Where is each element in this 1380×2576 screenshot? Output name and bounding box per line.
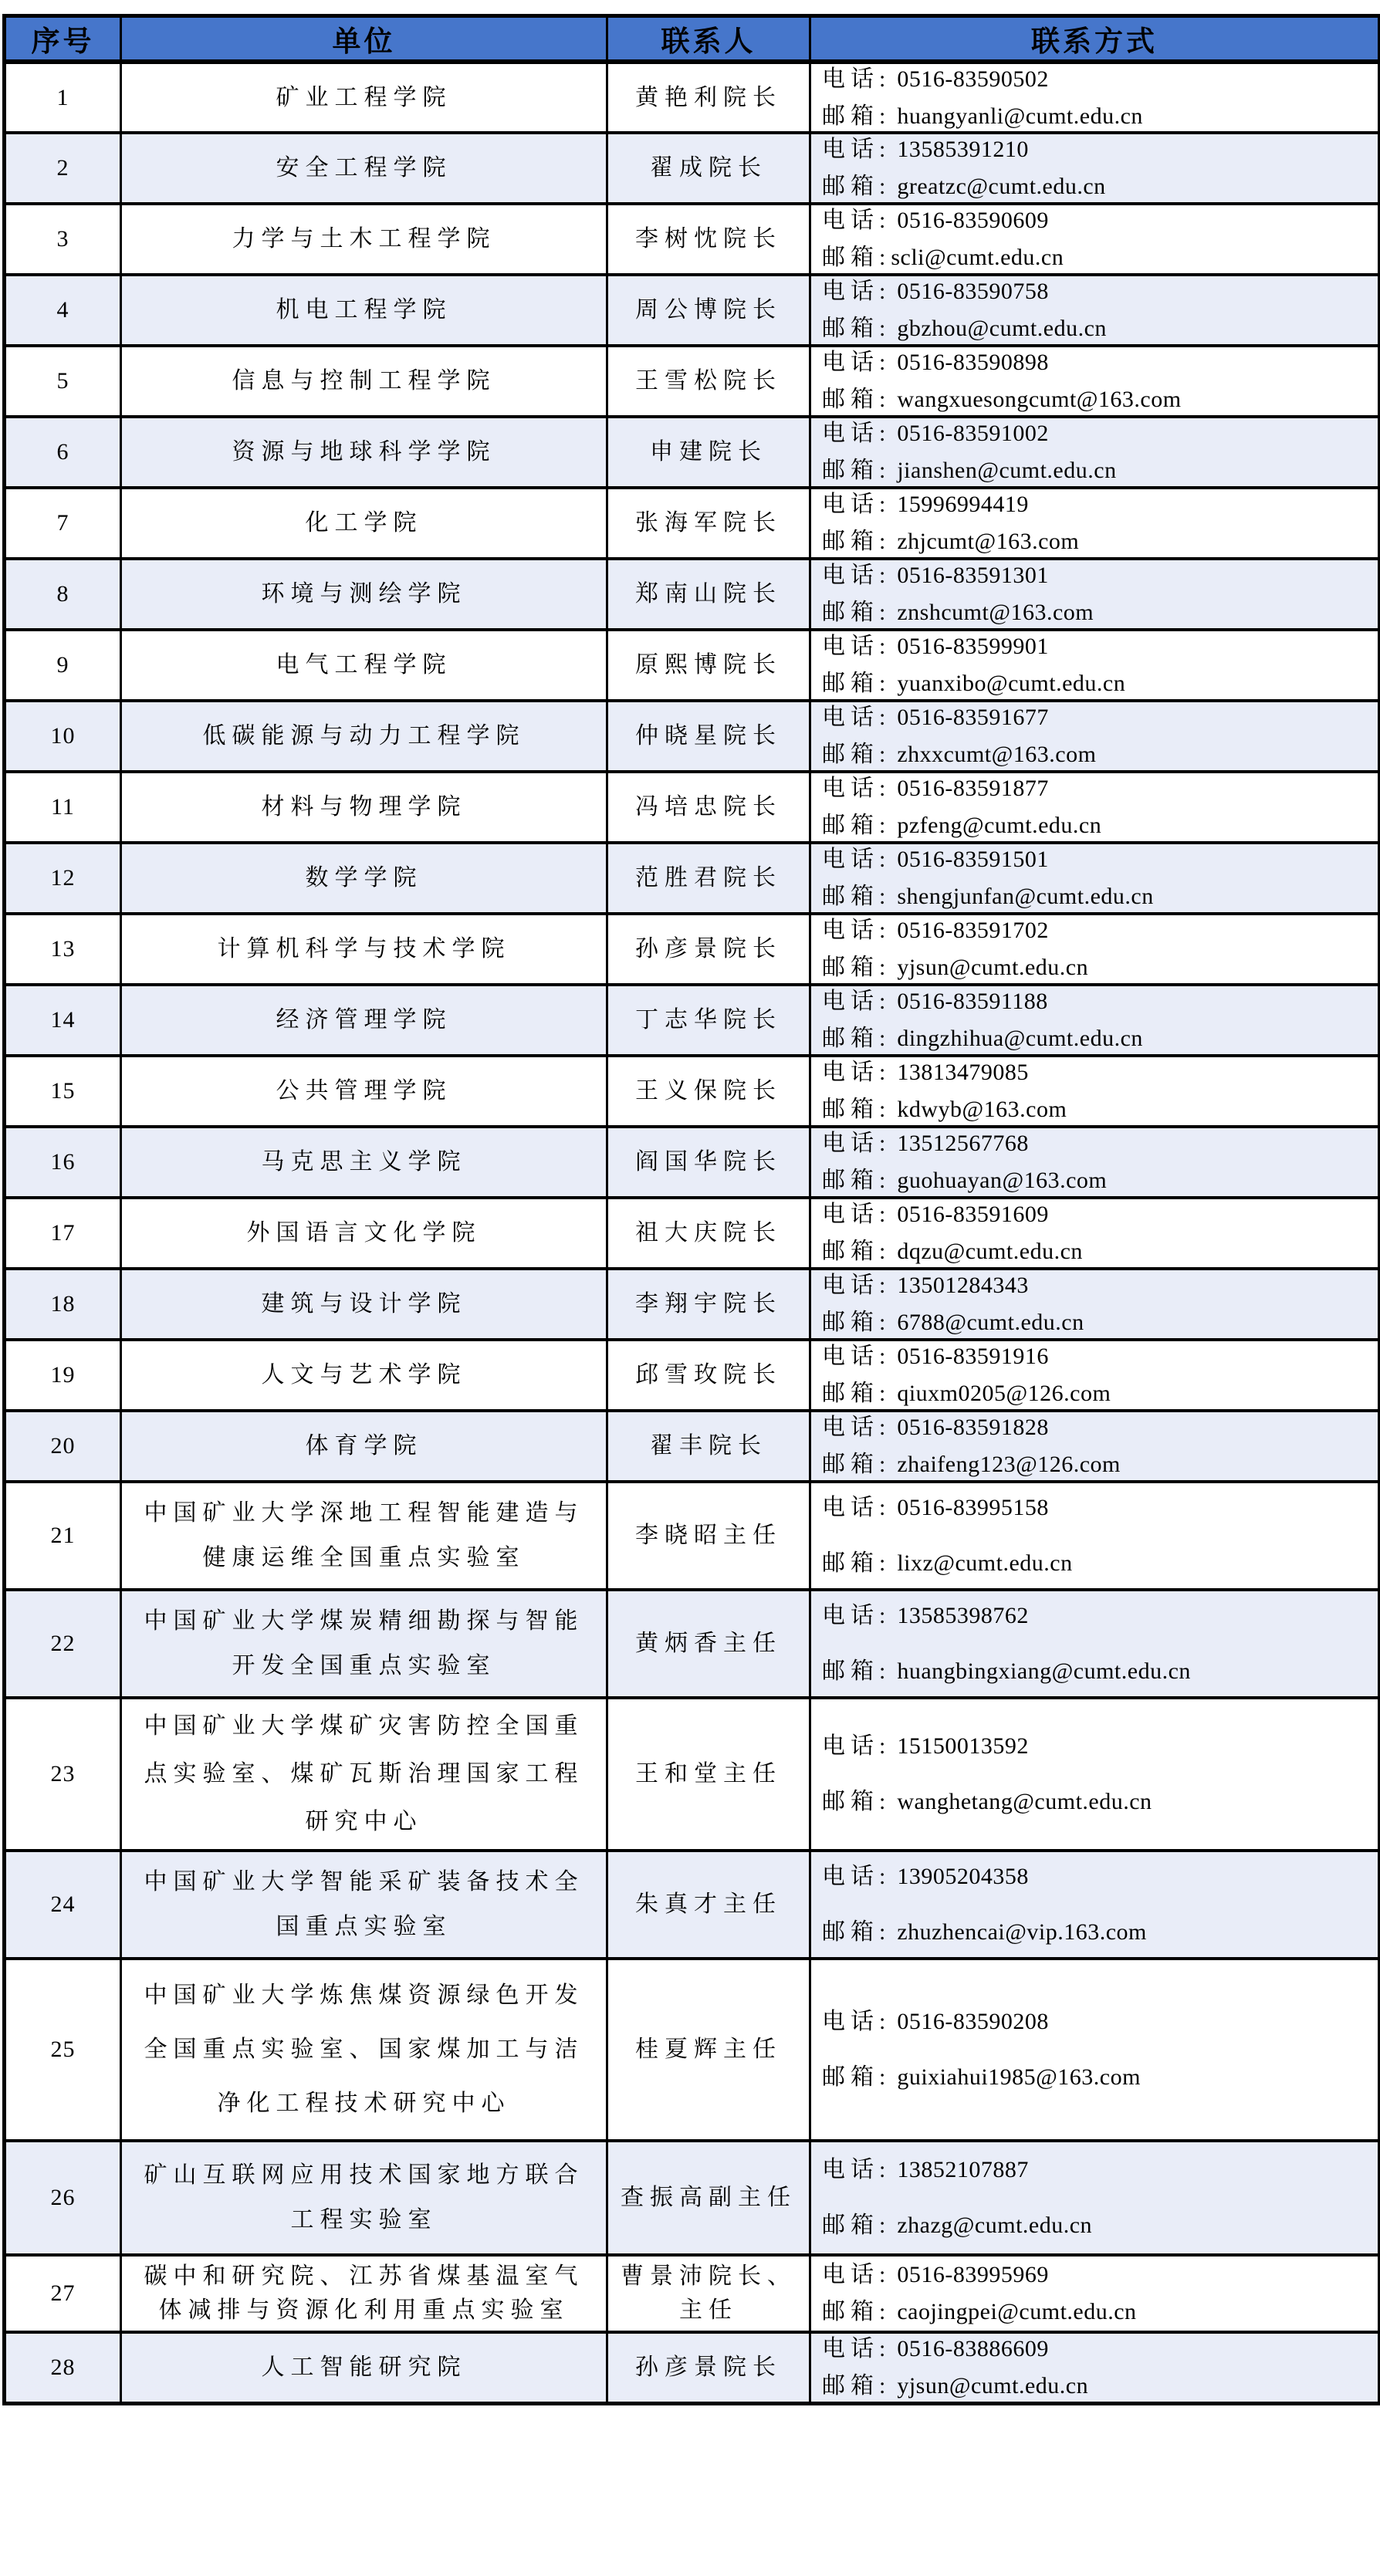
row-number-cell: 11 xyxy=(5,772,121,843)
table-row: 3力学与土木工程学院李树忱院长电话: 0516-83590609邮箱:scli@… xyxy=(5,204,1380,275)
table-row: 13计算机科学与技术学院孙彦景院长电话: 0516-83591702邮箱: yj… xyxy=(5,914,1380,985)
contact-person-cell: 邱雪玫院长 xyxy=(607,1340,810,1411)
contact-info-cell: 电话: 0516-83995969邮箱: caojingpei@cumt.edu… xyxy=(810,2255,1380,2332)
phone-line: 电话: 0516-83995158 xyxy=(822,1495,1378,1521)
email-line: 邮箱: yjsun@cumt.edu.cn xyxy=(822,955,1378,981)
email-line: 邮箱: wangxuesongcumt@163.com xyxy=(822,387,1378,413)
unit-cell: 数学学院 xyxy=(121,843,607,914)
contact-info-cell: 电话: 0516-83590898邮箱: wangxuesongcumt@163… xyxy=(810,346,1380,417)
phone-line-label: 电话: xyxy=(822,1733,891,1759)
email-line-value: zhuzhencai@vip.163.com xyxy=(891,1919,1147,1945)
email-line-label: 邮箱: xyxy=(822,600,891,625)
unit-cell: 电气工程学院 xyxy=(121,630,607,701)
phone-line-label: 电话: xyxy=(822,1060,891,1085)
table-row: 12数学学院范胜君院长电话: 0516-83591501邮箱: shengjun… xyxy=(5,843,1380,914)
unit-cell: 信息与控制工程学院 xyxy=(121,346,607,417)
email-line: 邮箱: qiuxm0205@126.com xyxy=(822,1381,1378,1407)
contact-person-cell: 原熙博院长 xyxy=(607,630,810,701)
table-row: 26矿山互联网应用技术国家地方联合工程实验室查振高副主任电话: 13852107… xyxy=(5,2141,1380,2255)
unit-cell: 中国矿业大学智能采矿装备技术全国重点实验室 xyxy=(121,1851,607,1959)
email-line-value: zhjcumt@163.com xyxy=(891,529,1079,554)
unit-cell: 低碳能源与动力工程学院 xyxy=(121,701,607,772)
phone-line-label: 电话: xyxy=(822,350,891,375)
phone-line-value: 0516-83590208 xyxy=(891,2009,1049,2034)
contact-person-cell: 翟成院长 xyxy=(607,133,810,204)
phone-line-label: 电话: xyxy=(822,705,891,730)
phone-line-label: 电话: xyxy=(822,2336,891,2361)
phone-line-value: 13852107887 xyxy=(891,2157,1029,2182)
phone-line: 电话: 0516-83591877 xyxy=(822,776,1378,802)
table-row: 20体育学院翟丰院长电话: 0516-83591828邮箱: zhaifeng1… xyxy=(5,1411,1380,1482)
contact-info-cell: 电话: 13852107887邮箱: zhazg@cumt.edu.cn xyxy=(810,2141,1380,2255)
contact-info-cell: 电话: 0516-83590758邮箱: gbzhou@cumt.edu.cn xyxy=(810,275,1380,346)
phone-line-label: 电话: xyxy=(822,1495,891,1520)
phone-line-value: 13585391210 xyxy=(891,137,1029,162)
email-line: 邮箱: pzfeng@cumt.edu.cn xyxy=(822,813,1378,839)
row-number-cell: 10 xyxy=(5,701,121,772)
email-line-value: zhazg@cumt.edu.cn xyxy=(891,2213,1092,2238)
contacts-table: 序号 单位 联系人 联系方式 1矿业工程学院黄艳利院长电话: 0516-8359… xyxy=(2,14,1380,2405)
phone-line: 电话: 0516-83591002 xyxy=(822,421,1378,447)
table-row: 9电气工程学院原熙博院长电话: 0516-83599901邮箱: yuanxib… xyxy=(5,630,1380,701)
contact-info-cell: 电话: 0516-83590208邮箱: guixiahui1985@163.c… xyxy=(810,1959,1380,2141)
unit-cell: 矿业工程学院 xyxy=(121,62,607,133)
email-line-label: 邮箱: xyxy=(822,1168,891,1193)
email-line: 邮箱: kdwyb@163.com xyxy=(822,1097,1378,1123)
table-row: 7化工学院张海军院长电话: 15996994419邮箱: zhjcumt@163… xyxy=(5,488,1380,559)
contact-info-cell: 电话: 13813479085邮箱: kdwyb@163.com xyxy=(810,1056,1380,1127)
email-line-value: dqzu@cumt.edu.cn xyxy=(891,1239,1083,1264)
row-number-cell: 26 xyxy=(5,2141,121,2255)
phone-line-label: 电话: xyxy=(822,279,891,304)
email-line: 邮箱:scli@cumt.edu.cn xyxy=(822,245,1378,271)
phone-line-value: 0516-83886609 xyxy=(891,2336,1049,2361)
table-row: 21中国矿业大学深地工程智能建造与健康运维全国重点实验室李晓昭主任电话: 051… xyxy=(5,1482,1380,1590)
contact-person-cell: 李晓昭主任 xyxy=(607,1482,810,1590)
email-line-value: pzfeng@cumt.edu.cn xyxy=(891,813,1101,838)
email-line-value: znshcumt@163.com xyxy=(891,600,1094,625)
unit-cell: 矿山互联网应用技术国家地方联合工程实验室 xyxy=(121,2141,607,2255)
phone-line-label: 电话: xyxy=(822,634,891,659)
contact-info-cell: 电话: 13585398762邮箱: huangbingxiang@cumt.e… xyxy=(810,1590,1380,1698)
contact-person-cell: 曹景沛院长、主任 xyxy=(607,2255,810,2332)
row-number-cell: 5 xyxy=(5,346,121,417)
row-number-cell: 17 xyxy=(5,1198,121,1269)
email-line-label: 邮箱: xyxy=(822,1452,891,1477)
row-number-cell: 3 xyxy=(5,204,121,275)
table-row: 27碳中和研究院、江苏省煤基温室气体减排与资源化利用重点实验室曹景沛院长、主任电… xyxy=(5,2255,1380,2332)
phone-line-value: 13585398762 xyxy=(891,1603,1029,1628)
phone-line-value: 0516-83591702 xyxy=(891,918,1049,943)
contact-info-cell: 电话: 0516-83590502邮箱: huangyanli@cumt.edu… xyxy=(810,62,1380,133)
email-line: 邮箱: dqzu@cumt.edu.cn xyxy=(822,1239,1378,1265)
email-line-label: 邮箱: xyxy=(822,2213,891,2238)
unit-cell: 建筑与设计学院 xyxy=(121,1269,607,1340)
contact-info-cell: 电话: 13501284343邮箱: 6788@cumt.edu.cn xyxy=(810,1269,1380,1340)
phone-line: 电话: 0516-83599901 xyxy=(822,634,1378,660)
phone-line: 电话: 13905204358 xyxy=(822,1864,1378,1890)
table-row: 6资源与地球科学学院申建院长电话: 0516-83591002邮箱: jians… xyxy=(5,417,1380,488)
phone-line-label: 电话: xyxy=(822,776,891,801)
phone-line-label: 电话: xyxy=(822,66,891,92)
contact-info-cell: 电话: 0516-83591916邮箱: qiuxm0205@126.com xyxy=(810,1340,1380,1411)
row-number-cell: 20 xyxy=(5,1411,121,1482)
email-line-value: qiuxm0205@126.com xyxy=(891,1381,1111,1406)
contact-info-cell: 电话: 0516-83591609邮箱: dqzu@cumt.edu.cn xyxy=(810,1198,1380,1269)
header-row: 序号 单位 联系人 联系方式 xyxy=(5,16,1380,63)
contact-person-cell: 孙彦景院长 xyxy=(607,2332,810,2403)
email-line: 邮箱: zhxxcumt@163.com xyxy=(822,742,1378,768)
row-number-cell: 28 xyxy=(5,2332,121,2403)
row-number-cell: 12 xyxy=(5,843,121,914)
email-line-label: 邮箱: xyxy=(822,1026,891,1051)
contact-info-cell: 电话: 0516-83591501邮箱: shengjunfan@cumt.ed… xyxy=(810,843,1380,914)
table-row: 4机电工程学院周公博院长电话: 0516-83590758邮箱: gbzhou@… xyxy=(5,275,1380,346)
unit-cell: 中国矿业大学煤矿灾害防控全国重点实验室、煤矿瓦斯治理国家工程研究中心 xyxy=(121,1698,607,1851)
phone-line: 电话: 0516-83591188 xyxy=(822,989,1378,1015)
phone-line-label: 电话: xyxy=(822,1344,891,1369)
phone-line: 电话: 13585391210 xyxy=(822,137,1378,163)
row-number-cell: 4 xyxy=(5,275,121,346)
phone-line: 电话: 0516-83995969 xyxy=(822,2262,1378,2288)
email-line-label: 邮箱: xyxy=(822,103,891,129)
contact-info-cell: 电话: 0516-83886609邮箱: yjsun@cumt.edu.cn xyxy=(810,2332,1380,2403)
row-number-cell: 25 xyxy=(5,1959,121,2141)
table-row: 14经济管理学院丁志华院长电话: 0516-83591188邮箱: dingzh… xyxy=(5,985,1380,1056)
phone-line: 电话: 0516-83591702 xyxy=(822,918,1378,944)
email-line: 邮箱: caojingpei@cumt.edu.cn xyxy=(822,2299,1378,2325)
contact-info-cell: 电话: 0516-83591877邮箱: pzfeng@cumt.edu.cn xyxy=(810,772,1380,843)
email-line-value: lixz@cumt.edu.cn xyxy=(891,1550,1072,1576)
contact-info-cell: 电话: 0516-83995158邮箱: lixz@cumt.edu.cn xyxy=(810,1482,1380,1590)
contact-person-cell: 孙彦景院长 xyxy=(607,914,810,985)
phone-line: 电话: 0516-83886609 xyxy=(822,2336,1378,2362)
row-number-cell: 22 xyxy=(5,1590,121,1698)
phone-line: 电话: 0516-83590502 xyxy=(822,66,1378,93)
table-row: 8环境与测绘学院郑南山院长电话: 0516-83591301邮箱: znshcu… xyxy=(5,559,1380,630)
phone-line-label: 电话: xyxy=(822,2157,891,2182)
contact-info-cell: 电话: 0516-83591677邮箱: zhxxcumt@163.com xyxy=(810,701,1380,772)
contact-person-cell: 翟丰院长 xyxy=(607,1411,810,1482)
email-line-label: 邮箱: xyxy=(822,671,891,696)
email-line: 邮箱: zhaifeng123@126.com xyxy=(822,1452,1378,1478)
contact-info-cell: 电话: 15150013592邮箱: wanghetang@cumt.edu.c… xyxy=(810,1698,1380,1851)
row-number-cell: 24 xyxy=(5,1851,121,1959)
unit-cell: 环境与测绘学院 xyxy=(121,559,607,630)
row-number-cell: 16 xyxy=(5,1127,121,1198)
row-number-cell: 15 xyxy=(5,1056,121,1127)
phone-line-value: 13905204358 xyxy=(891,1864,1029,1889)
table-body: 1矿业工程学院黄艳利院长电话: 0516-83590502邮箱: huangya… xyxy=(5,62,1380,2403)
unit-cell: 力学与土木工程学院 xyxy=(121,204,607,275)
email-line-label: 邮箱: xyxy=(822,1310,891,1335)
phone-line-value: 0516-83995158 xyxy=(891,1495,1049,1520)
email-line-label: 邮箱: xyxy=(822,1381,891,1406)
email-line-label: 邮箱: xyxy=(822,458,891,483)
header-cell-contact: 联系人 xyxy=(607,16,810,63)
phone-line: 电话: 0516-83590758 xyxy=(822,279,1378,305)
contact-person-cell: 查振高副主任 xyxy=(607,2141,810,2255)
row-number-cell: 9 xyxy=(5,630,121,701)
table-row: 17外国语言文化学院祖大庆院长电话: 0516-83591609邮箱: dqzu… xyxy=(5,1198,1380,1269)
email-line: 邮箱: shengjunfan@cumt.edu.cn xyxy=(822,884,1378,910)
phone-line-label: 电话: xyxy=(822,989,891,1014)
email-line-value: huangyanli@cumt.edu.cn xyxy=(891,103,1143,129)
contact-person-cell: 郑南山院长 xyxy=(607,559,810,630)
contact-directory-page: 序号 单位 联系人 联系方式 1矿业工程学院黄艳利院长电话: 0516-8359… xyxy=(0,0,1380,2576)
email-line-value: 6788@cumt.edu.cn xyxy=(891,1310,1084,1335)
contact-person-cell: 仲晓星院长 xyxy=(607,701,810,772)
phone-line-label: 电话: xyxy=(822,492,891,517)
email-line-value: huangbingxiang@cumt.edu.cn xyxy=(891,1658,1191,1684)
table-row: 23中国矿业大学煤矿灾害防控全国重点实验室、煤矿瓦斯治理国家工程研究中心王和堂主… xyxy=(5,1698,1380,1851)
unit-cell: 体育学院 xyxy=(121,1411,607,1482)
email-line-value: zhxxcumt@163.com xyxy=(891,742,1096,767)
header-cell-contact-info: 联系方式 xyxy=(810,16,1380,63)
phone-line-value: 0516-83995969 xyxy=(891,2262,1049,2287)
unit-cell: 资源与地球科学学院 xyxy=(121,417,607,488)
email-line: 邮箱: jianshen@cumt.edu.cn xyxy=(822,458,1378,484)
email-line: 邮箱: huangyanli@cumt.edu.cn xyxy=(822,103,1378,130)
unit-cell: 碳中和研究院、江苏省煤基温室气体减排与资源化利用重点实验室 xyxy=(121,2255,607,2332)
contact-info-cell: 电话: 0516-83591188邮箱: dingzhihua@cumt.edu… xyxy=(810,985,1380,1056)
email-line-value: caojingpei@cumt.edu.cn xyxy=(891,2299,1136,2324)
email-line-value: wanghetang@cumt.edu.cn xyxy=(891,1789,1152,1814)
phone-line: 电话: 13501284343 xyxy=(822,1273,1378,1299)
contact-info-cell: 电话: 0516-83591301邮箱: znshcumt@163.com xyxy=(810,559,1380,630)
phone-line: 电话: 0516-83591677 xyxy=(822,705,1378,731)
phone-line-label: 电话: xyxy=(822,137,891,162)
contact-person-cell: 李树忱院长 xyxy=(607,204,810,275)
phone-line-label: 电话: xyxy=(822,1603,891,1628)
contact-info-cell: 电话: 0516-83590609邮箱:scli@cumt.edu.cn xyxy=(810,204,1380,275)
phone-line-label: 电话: xyxy=(822,1131,891,1156)
unit-cell: 人工智能研究院 xyxy=(121,2332,607,2403)
row-number-cell: 6 xyxy=(5,417,121,488)
header-cell-unit: 单位 xyxy=(121,16,607,63)
unit-cell: 中国矿业大学煤炭精细勘探与智能开发全国重点实验室 xyxy=(121,1590,607,1698)
phone-line: 电话: 0516-83591916 xyxy=(822,1344,1378,1370)
unit-cell: 经济管理学院 xyxy=(121,985,607,1056)
table-row: 24中国矿业大学智能采矿装备技术全国重点实验室朱真才主任电话: 13905204… xyxy=(5,1851,1380,1959)
row-number-cell: 8 xyxy=(5,559,121,630)
table-header: 序号 单位 联系人 联系方式 xyxy=(5,16,1380,63)
email-line: 邮箱: yuanxibo@cumt.edu.cn xyxy=(822,671,1378,697)
email-line-value: zhaifeng123@126.com xyxy=(891,1452,1121,1477)
contact-info-cell: 电话: 0516-83591002邮箱: jianshen@cumt.edu.c… xyxy=(810,417,1380,488)
phone-line-value: 0516-83591301 xyxy=(891,563,1049,588)
table-row: 22中国矿业大学煤炭精细勘探与智能开发全国重点实验室黄炳香主任电话: 13585… xyxy=(5,1590,1380,1698)
email-line: 邮箱: dingzhihua@cumt.edu.cn xyxy=(822,1026,1378,1052)
contact-info-cell: 电话: 13905204358邮箱: zhuzhencai@vip.163.co… xyxy=(810,1851,1380,1959)
contact-info-cell: 电话: 15996994419邮箱: zhjcumt@163.com xyxy=(810,488,1380,559)
phone-line-label: 电话: xyxy=(822,563,891,588)
unit-cell: 中国矿业大学炼焦煤资源绿色开发全国重点实验室、国家煤加工与洁净化工程技术研究中心 xyxy=(121,1959,607,2141)
table-row: 18建筑与设计学院李翔宇院长电话: 13501284343邮箱: 6788@cu… xyxy=(5,1269,1380,1340)
email-line-value: jianshen@cumt.edu.cn xyxy=(891,458,1116,483)
contact-person-cell: 桂夏辉主任 xyxy=(607,1959,810,2141)
row-number-cell: 21 xyxy=(5,1482,121,1590)
phone-line-value: 0516-83590502 xyxy=(891,66,1049,92)
contact-person-cell: 申建院长 xyxy=(607,417,810,488)
email-line: 邮箱: zhazg@cumt.edu.cn xyxy=(822,2213,1378,2239)
unit-cell: 中国矿业大学深地工程智能建造与健康运维全国重点实验室 xyxy=(121,1482,607,1590)
phone-line-value: 0516-83591877 xyxy=(891,776,1049,801)
unit-cell: 外国语言文化学院 xyxy=(121,1198,607,1269)
contact-info-cell: 电话: 0516-83599901邮箱: yuanxibo@cumt.edu.c… xyxy=(810,630,1380,701)
table-row: 11材料与物理学院冯培忠院长电话: 0516-83591877邮箱: pzfen… xyxy=(5,772,1380,843)
phone-line: 电话: 13813479085 xyxy=(822,1060,1378,1086)
phone-line-label: 电话: xyxy=(822,1202,891,1227)
email-line-value: wangxuesongcumt@163.com xyxy=(891,387,1181,412)
phone-line-value: 0516-83591188 xyxy=(891,989,1047,1014)
phone-line-label: 电话: xyxy=(822,1864,891,1889)
phone-line: 电话: 0516-83591609 xyxy=(822,1202,1378,1228)
email-line-label: 邮箱: xyxy=(822,742,891,767)
email-line: 邮箱: znshcumt@163.com xyxy=(822,600,1378,626)
contact-info-cell: 电话: 0516-83591702邮箱: yjsun@cumt.edu.cn xyxy=(810,914,1380,985)
email-line-label: 邮箱: xyxy=(822,2064,891,2090)
phone-line-label: 电话: xyxy=(822,847,891,872)
phone-line-value: 0516-83590609 xyxy=(891,208,1049,233)
contact-person-cell: 周公博院长 xyxy=(607,275,810,346)
row-number-cell: 1 xyxy=(5,62,121,133)
row-number-cell: 18 xyxy=(5,1269,121,1340)
email-line-value: yjsun@cumt.edu.cn xyxy=(891,955,1088,980)
phone-line: 电话: 0516-83590898 xyxy=(822,350,1378,376)
row-number-cell: 2 xyxy=(5,133,121,204)
phone-line-label: 电话: xyxy=(822,2009,891,2034)
email-line-value: guixiahui1985@163.com xyxy=(891,2064,1141,2090)
email-line: 邮箱: greatzc@cumt.edu.cn xyxy=(822,174,1378,200)
phone-line-value: 0516-83591828 xyxy=(891,1415,1049,1440)
phone-line-label: 电话: xyxy=(822,918,891,943)
phone-line-value: 0516-83599901 xyxy=(891,634,1049,659)
contact-person-cell: 冯培忠院长 xyxy=(607,772,810,843)
phone-line-label: 电话: xyxy=(822,421,891,446)
phone-line-value: 13813479085 xyxy=(891,1060,1029,1085)
email-line-label: 邮箱: xyxy=(822,813,891,838)
header-cell-index: 序号 xyxy=(5,16,121,63)
contact-person-cell: 王义保院长 xyxy=(607,1056,810,1127)
email-line: 邮箱: guixiahui1985@163.com xyxy=(822,2064,1378,2091)
contact-person-cell: 范胜君院长 xyxy=(607,843,810,914)
email-line: 邮箱: guohuayan@163.com xyxy=(822,1168,1378,1194)
phone-line: 电话: 0516-83590208 xyxy=(822,2009,1378,2035)
row-number-cell: 19 xyxy=(5,1340,121,1411)
phone-line-label: 电话: xyxy=(822,1415,891,1440)
contact-person-cell: 黄炳香主任 xyxy=(607,1590,810,1698)
email-line-value: shengjunfan@cumt.edu.cn xyxy=(891,884,1153,909)
table-row: 25中国矿业大学炼焦煤资源绿色开发全国重点实验室、国家煤加工与洁净化工程技术研究… xyxy=(5,1959,1380,2141)
contact-person-cell: 阎国华院长 xyxy=(607,1127,810,1198)
email-line-label: 邮箱: xyxy=(822,884,891,909)
phone-line-value: 0516-83591609 xyxy=(891,1202,1049,1227)
email-line: 邮箱: zhuzhencai@vip.163.com xyxy=(822,1919,1378,1946)
contact-person-cell: 王雪松院长 xyxy=(607,346,810,417)
phone-line-label: 电话: xyxy=(822,2262,891,2287)
email-line-value: kdwyb@163.com xyxy=(891,1097,1067,1122)
table-row: 15公共管理学院王义保院长电话: 13813479085邮箱: kdwyb@16… xyxy=(5,1056,1380,1127)
contact-person-cell: 王和堂主任 xyxy=(607,1698,810,1851)
contact-person-cell: 祖大庆院长 xyxy=(607,1198,810,1269)
email-line-label: 邮箱: xyxy=(822,174,891,199)
email-line: 邮箱: gbzhou@cumt.edu.cn xyxy=(822,316,1378,342)
contact-info-cell: 电话: 0516-83591828邮箱: zhaifeng123@126.com xyxy=(810,1411,1380,1482)
row-number-cell: 23 xyxy=(5,1698,121,1851)
contact-info-cell: 电话: 13512567768邮箱: guohuayan@163.com xyxy=(810,1127,1380,1198)
table-row: 2安全工程学院翟成院长电话: 13585391210邮箱: greatzc@cu… xyxy=(5,133,1380,204)
email-line-value: gbzhou@cumt.edu.cn xyxy=(891,316,1107,341)
contact-person-cell: 丁志华院长 xyxy=(607,985,810,1056)
email-line: 邮箱: huangbingxiang@cumt.edu.cn xyxy=(822,1658,1378,1685)
table-row: 1矿业工程学院黄艳利院长电话: 0516-83590502邮箱: huangya… xyxy=(5,62,1380,133)
email-line-label: 邮箱: xyxy=(822,955,891,980)
email-line-label: 邮箱: xyxy=(822,316,891,341)
table-row: 10低碳能源与动力工程学院仲晓星院长电话: 0516-83591677邮箱: z… xyxy=(5,701,1380,772)
phone-line-value: 15150013592 xyxy=(891,1733,1029,1759)
contact-person-cell: 黄艳利院长 xyxy=(607,62,810,133)
phone-line: 电话: 0516-83591828 xyxy=(822,1415,1378,1441)
phone-line: 电话: 15996994419 xyxy=(822,492,1378,518)
phone-line-value: 0516-83591916 xyxy=(891,1344,1049,1369)
phone-line-value: 13501284343 xyxy=(891,1273,1029,1298)
phone-line-label: 电话: xyxy=(822,208,891,233)
email-line-label: 邮箱: xyxy=(822,2299,891,2324)
unit-cell: 公共管理学院 xyxy=(121,1056,607,1127)
email-line: 邮箱: 6788@cumt.edu.cn xyxy=(822,1310,1378,1336)
phone-line-label: 电话: xyxy=(822,1273,891,1298)
row-number-cell: 14 xyxy=(5,985,121,1056)
email-line-value: scli@cumt.edu.cn xyxy=(891,245,1064,270)
unit-cell: 人文与艺术学院 xyxy=(121,1340,607,1411)
table-row: 28人工智能研究院孙彦景院长电话: 0516-83886609邮箱: yjsun… xyxy=(5,2332,1380,2403)
contact-info-cell: 电话: 13585391210邮箱: greatzc@cumt.edu.cn xyxy=(810,133,1380,204)
email-line-label: 邮箱: xyxy=(822,1239,891,1264)
email-line-value: greatzc@cumt.edu.cn xyxy=(891,174,1105,199)
row-number-cell: 13 xyxy=(5,914,121,985)
phone-line-value: 0516-83591501 xyxy=(891,847,1049,872)
email-line-value: guohuayan@163.com xyxy=(891,1168,1107,1193)
phone-line: 电话: 0516-83590609 xyxy=(822,208,1378,234)
email-line-label: 邮箱: xyxy=(822,245,891,270)
phone-line: 电话: 0516-83591501 xyxy=(822,847,1378,873)
email-line: 邮箱: yjsun@cumt.edu.cn xyxy=(822,2373,1378,2399)
row-number-cell: 27 xyxy=(5,2255,121,2332)
table-row: 5信息与控制工程学院王雪松院长电话: 0516-83590898邮箱: wang… xyxy=(5,346,1380,417)
phone-line: 电话: 13852107887 xyxy=(822,2157,1378,2183)
phone-line-value: 0516-83591677 xyxy=(891,705,1049,730)
unit-cell: 安全工程学院 xyxy=(121,133,607,204)
unit-cell: 材料与物理学院 xyxy=(121,772,607,843)
row-number-cell: 7 xyxy=(5,488,121,559)
phone-line: 电话: 13512567768 xyxy=(822,1131,1378,1157)
unit-cell: 马克思主义学院 xyxy=(121,1127,607,1198)
unit-cell: 机电工程学院 xyxy=(121,275,607,346)
phone-line: 电话: 0516-83591301 xyxy=(822,563,1378,589)
email-line: 邮箱: lixz@cumt.edu.cn xyxy=(822,1550,1378,1577)
email-line-label: 邮箱: xyxy=(822,529,891,554)
phone-line-value: 15996994419 xyxy=(891,492,1029,517)
email-line-label: 邮箱: xyxy=(822,1550,891,1576)
contact-person-cell: 张海军院长 xyxy=(607,488,810,559)
email-line-label: 邮箱: xyxy=(822,2373,891,2399)
email-line-label: 邮箱: xyxy=(822,1789,891,1814)
contact-person-cell: 李翔宇院长 xyxy=(607,1269,810,1340)
email-line: 邮箱: zhjcumt@163.com xyxy=(822,529,1378,555)
email-line: 邮箱: wanghetang@cumt.edu.cn xyxy=(822,1789,1378,1815)
email-line-value: yjsun@cumt.edu.cn xyxy=(891,2373,1088,2399)
